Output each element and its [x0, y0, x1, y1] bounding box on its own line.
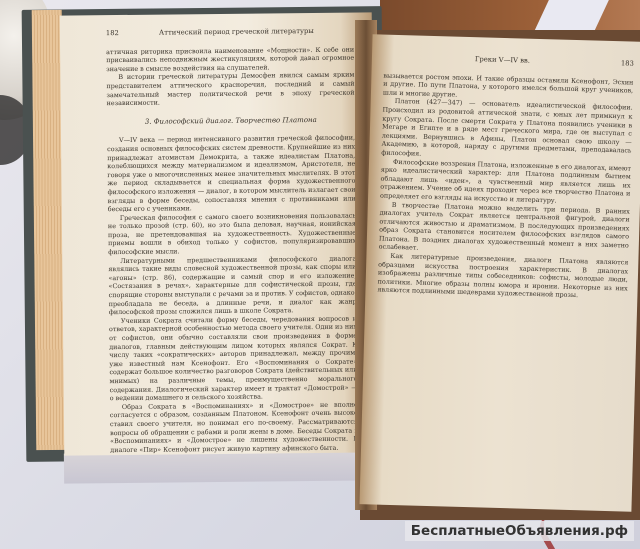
- page-shadow: [64, 450, 374, 483]
- paragraph: Платон (427—347) — основатель идеалистич…: [381, 97, 633, 164]
- paragraph: В творчестве Платона можно выделить три …: [379, 200, 630, 259]
- left-page: 182 Аттический период греческой литерату…: [60, 12, 377, 455]
- paragraph: Образ Сократа в «Воспоминаниях» и «Домос…: [110, 400, 359, 454]
- paragraph: Ученики Сократа считали форму беседы, че…: [109, 314, 358, 403]
- left-running-head: 182 Аттический период греческой литерату…: [106, 27, 354, 38]
- paragraph: аттичная риторика присвоила наименование…: [106, 45, 354, 73]
- paragraph: В истории греческой литературы Демосфен …: [106, 71, 354, 108]
- right-running-head: Греки V—IV вв. 183: [384, 53, 634, 69]
- right-running-title: Греки V—IV вв.: [384, 53, 621, 68]
- paragraph: Философские воззрения Платона, изложенны…: [380, 157, 631, 207]
- paragraph: V—IV века — период интенсивного развития…: [107, 134, 356, 214]
- paragraph: Литературными предшественниками философс…: [108, 254, 357, 317]
- left-running-title: Аттический период греческой литературы: [119, 27, 354, 38]
- right-page-number: 183: [621, 59, 634, 68]
- paragraph: Греческая философия с самого своего возн…: [108, 211, 356, 257]
- right-page: Греки V—IV вв. 183 вызывается ростом эпо…: [359, 34, 640, 511]
- watermark: БесплатныеОбъявления.рф: [405, 521, 634, 541]
- photo-scene: 182 Аттический период греческой литерату…: [0, 0, 640, 549]
- paragraph: Как литературные произведения, диалоги П…: [377, 252, 628, 302]
- left-page-number: 182: [106, 29, 119, 38]
- section-title: 3. Философский диалог. Творчество Платон…: [107, 115, 355, 126]
